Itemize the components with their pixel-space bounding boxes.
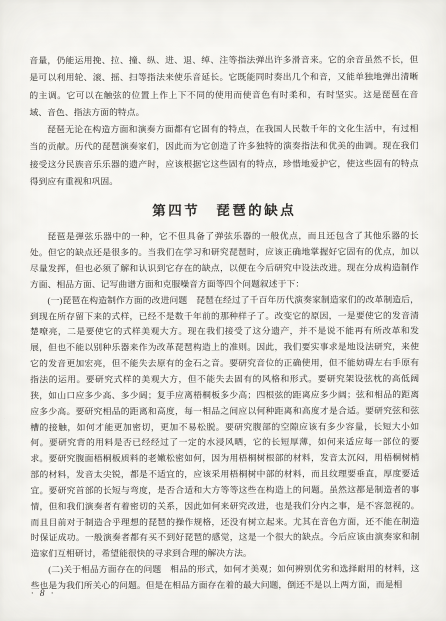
paragraph: 琵琶无论在构造方面和演奏方面都有它固有的特点，在我国人民数千年的文化生活中，有过… — [29, 121, 418, 191]
scanned-page: 音量，仍能运用挽、拉、撞、纵、进、退、绰、注等指法弹出许多滑音来。它的余音虽然不… — [0, 0, 446, 621]
text-column: 音量，仍能运用挽、拉、撞、纵、进、退、绰、注等指法弹出许多滑音来。它的余音虽然不… — [29, 51, 419, 594]
section-heading: 第四节 琵琶的缺点 — [30, 199, 419, 220]
paragraph: (二)关于相品方面存在的问题 相品的形式，如何才美观；如何辨别优劣和选择耐用的材… — [31, 562, 420, 595]
paragraph: 音量，仍能运用挽、拉、撞、纵、进、退、绰、注等指法弹出许多滑音来。它的余音虽然不… — [29, 51, 418, 121]
paragraph: (一)琵琶在构造制作方面的改进问题 琵琶在经过了千百年历代演奏家制造家们的改革制… — [30, 292, 420, 562]
paragraph: 琵琶是弹弦乐器中的一种，它不但具备了弹弦乐器的一般优点，而且还包含了其他乐器的长… — [30, 229, 419, 293]
page-number: · 8 · — [31, 589, 55, 599]
